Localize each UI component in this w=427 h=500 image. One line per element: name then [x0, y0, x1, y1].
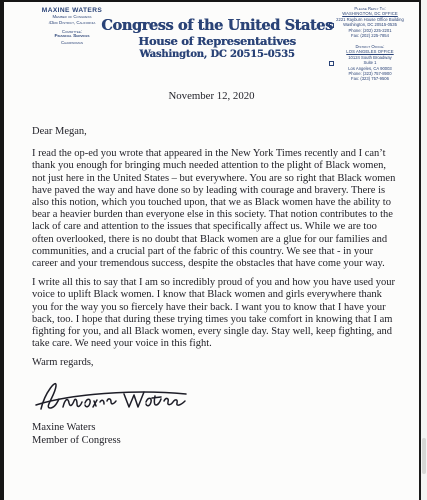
la-office-block: District Office: LOS ANGELES OFFICE 1012…	[336, 44, 404, 82]
masthead-line2: House of Representatives	[98, 34, 336, 48]
member-name: MAXINE WATERS	[26, 7, 118, 14]
masthead-line1: Congress of the United States	[98, 17, 336, 34]
scanned-letter: MAXINE WATERS Member of Congress 43rd Di…	[0, 0, 427, 500]
dc-office-line: Washington, DC 20515-0535	[336, 22, 404, 27]
signer-title: Member of Congress	[32, 434, 399, 447]
la-office-checkbox	[329, 61, 334, 66]
dc-office-line: Fax: (202) 225-7854	[336, 33, 404, 38]
letter-date: November 12, 2020	[4, 90, 419, 102]
photo-edge-top	[0, 0, 427, 2]
closing: Warm regards,	[32, 357, 399, 369]
dc-office-block: Please Reply To: WASHINGTON, DC OFFICE 2…	[336, 6, 404, 38]
paragraph: I read the op-ed you wrote that appeared…	[32, 148, 399, 270]
salutation: Dear Megan,	[32, 126, 399, 138]
paragraph: I write all this to say that I am so inc…	[32, 277, 399, 350]
congress-masthead: Congress of the United States House of R…	[98, 17, 336, 61]
letter-body: Dear Megan, I read the op-ed you wrote t…	[32, 126, 399, 447]
masthead-line3: Washington, DC 20515-0535	[98, 48, 336, 61]
scrollbar-track[interactable]	[421, 0, 427, 500]
scrollbar-thumb[interactable]	[422, 438, 426, 474]
letter-page: MAXINE WATERS Member of Congress 43rd Di…	[4, 2, 419, 500]
signer-name: Maxine Waters	[32, 421, 399, 434]
dc-office-checkbox	[329, 23, 334, 28]
signature-handwriting	[34, 374, 194, 418]
la-office-line: Fax: (323) 757-9506	[336, 76, 404, 81]
photo-edge-left	[0, 0, 4, 500]
